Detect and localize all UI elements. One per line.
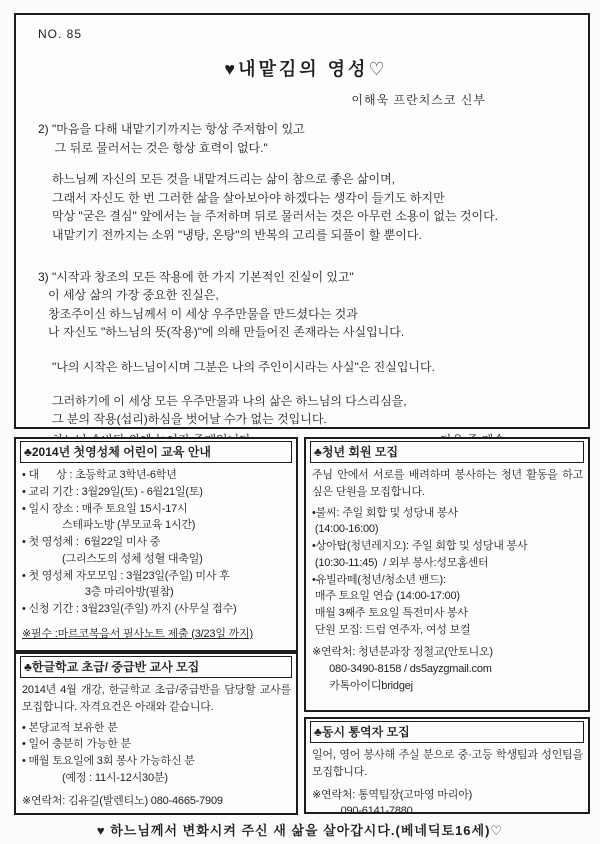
section-interpreter-contact: ※연락처: 통역팀장(고마영 마리아) 090-6141-7880 bbox=[312, 787, 584, 814]
section-youth-title: ♣청년 회원 모집 bbox=[310, 441, 584, 463]
section-hangul-school-intro: 2014년 4월 개강, 한글학교 초급/중급반을 담당할 교사를 모집합니다.… bbox=[22, 682, 291, 715]
notice-columns: ♣2014년 첫영성체 어린이 교육 안내 • 대 상 : 초등학교 3학년-6… bbox=[14, 437, 590, 815]
essay-paragraph-2-heading: 2) "마음을 다해 내맡기기까지는 항상 주저함이 있고 그 뒤로 물러서는 … bbox=[38, 120, 574, 157]
section-hangul-school: ♣한글학교 초급/ 중급반 교사 모집 2014년 4월 개강, 한글학교 초급… bbox=[14, 652, 298, 815]
essay-paragraph-3-quote: "나의 시작은 하느님이시며 그분은 나의 주인이시라는 사실"은 진실입니다. bbox=[52, 358, 574, 377]
section-hangul-school-title: ♣한글학교 초급/ 중급반 교사 모집 bbox=[20, 656, 292, 678]
page-title: ♥내맡김의 영성♡ bbox=[38, 56, 574, 84]
essay-paragraph-3-heading: 3) "시작과 창조의 모든 작용에 한 가지 기본적인 진실이 있고" 이 세… bbox=[38, 268, 574, 342]
section-hangul-school-contact: ※연락처: 김유길(발렌티노) 080-4665-7909 bbox=[22, 793, 292, 810]
section-first-communion-body: • 대 상 : 초등학교 3학년-6학년 • 교리 기간 : 3월29일(토) … bbox=[22, 467, 291, 617]
left-column: ♣2014년 첫영성체 어린이 교육 안내 • 대 상 : 초등학교 3학년-6… bbox=[14, 437, 298, 815]
section-youth: ♣청년 회원 모집 주님 안에서 서로를 배려하며 봉사하는 청년 활동을 하고… bbox=[304, 437, 590, 712]
section-first-communion: ♣2014년 첫영성체 어린이 교육 안내 • 대 상 : 초등학교 3학년-6… bbox=[14, 437, 298, 652]
section-youth-body: •불씨: 주일 회합 및 성당내 봉사 (14:00-16:00) •상아탑(청… bbox=[312, 505, 583, 639]
section-first-communion-title: ♣2014년 첫영성체 어린이 교육 안내 bbox=[20, 441, 292, 463]
author-byline: 이해욱 프란치스코 신부 bbox=[38, 91, 574, 110]
issue-number: NO. 85 bbox=[38, 25, 574, 44]
section-youth-contact: ※연락처: 청년분과장 정철교(안토니오) 080-3490-8158 / ds… bbox=[312, 644, 584, 694]
section-first-communion-note: ※필수 :마르코복음서 필사노트 제출 (3/23일 까지) bbox=[22, 626, 292, 643]
essay-paragraph-2-body: 하느님께 자신의 모든 것을 내맡겨드리는 삶이 참으로 좋은 삶이며, 그래서… bbox=[52, 170, 574, 244]
essay-paragraph-3-body: 그러하기에 이 세상 모든 우주만물과 나의 삶은 하느님의 다스리심을, 그 … bbox=[52, 392, 574, 429]
essay-section: NO. 85 ♥내맡김의 영성♡ 이해욱 프란치스코 신부 2) "마음을 다해… bbox=[14, 13, 590, 429]
section-interpreter: ♣동시 통역자 모집 일어, 영어 봉사해 주실 분으로 중·고등 학생팀과 성… bbox=[304, 717, 590, 814]
right-column: ♣청년 회원 모집 주님 안에서 서로를 배려하며 봉사하는 청년 활동을 하고… bbox=[304, 437, 590, 815]
section-interpreter-title: ♣동시 통역자 모집 bbox=[310, 721, 584, 743]
section-youth-intro: 주님 안에서 서로를 배려하며 봉사하는 청년 활동을 하고 싶은 단원을 모집… bbox=[312, 467, 583, 500]
section-hangul-school-body: • 본당교적 보유한 분 • 일어 충분히 가능한 분 • 매월 토요일에 3회… bbox=[22, 720, 291, 787]
footer-motto: ♥ 하느님께서 변화시켜 주신 새 삶을 살아갑시다.(베네딕토16세)♡ bbox=[0, 820, 600, 839]
section-interpreter-intro: 일어, 영어 봉사해 주실 분으로 중·고등 학생팀과 성인팀을 모집합니다. bbox=[312, 747, 583, 780]
